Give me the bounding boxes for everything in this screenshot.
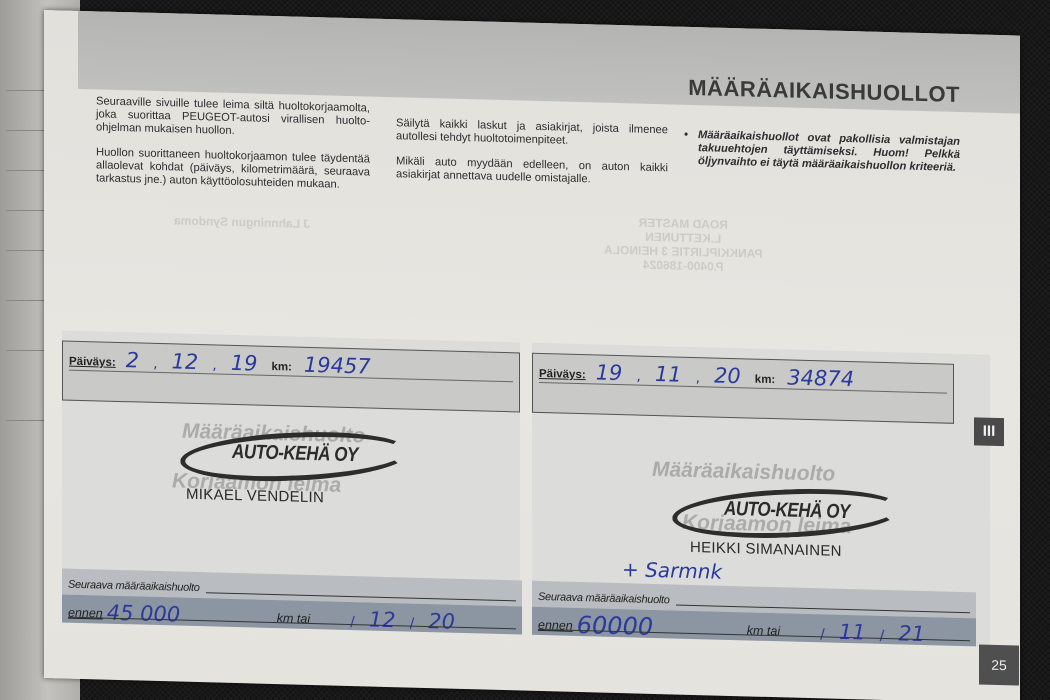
page-title: MÄÄRÄAIKAISHUOLLOT bbox=[688, 75, 960, 108]
date-label: Päiväys: bbox=[69, 356, 116, 371]
workshop-stamp-logo: AUTO-KEHÄ OY bbox=[180, 426, 410, 488]
before-label: ennen bbox=[68, 606, 103, 624]
date-month: 11 bbox=[655, 363, 682, 386]
date-day: 2 bbox=[126, 349, 139, 371]
date-month: 12 bbox=[172, 350, 199, 373]
service-entry-2: Päiväys: 19 , 11 , 20 km: 34874 Määräaik… bbox=[532, 343, 990, 647]
bleed-through-text: ROAD MASTER L.KETTUNEN PANKKIPLIRTIE 3 H… bbox=[604, 215, 762, 275]
date-year: 20 bbox=[714, 365, 741, 388]
workshop-stamp-logo: AUTO-KEHÄ OY bbox=[672, 482, 902, 544]
intro-paragraph: Huollon suorittaneen huoltokorjaamon tul… bbox=[96, 146, 370, 192]
section-tab: III bbox=[974, 417, 1004, 446]
service-entry-1: Päiväys: 2 , 12 , 19 km: 19457 Määräaika… bbox=[62, 330, 520, 634]
date-box: Päiväys: 2 , 12 , 19 km: 19457 bbox=[62, 340, 520, 412]
service-book-page: MÄÄRÄAIKAISHUOLLOT Seuraaville sivuille … bbox=[44, 10, 1020, 700]
date-row: Päiväys: 2 , 12 , 19 km: 19457 bbox=[69, 346, 513, 383]
ghost-line: J Lahnningun Syndoma bbox=[174, 213, 310, 231]
km-or-label: km tai bbox=[277, 611, 310, 629]
page-number: 25 bbox=[979, 644, 1019, 685]
km-label: km: bbox=[755, 374, 775, 389]
intro-paragraph: Säilytä kaikki laskut ja asiakirjat, joi… bbox=[396, 117, 668, 150]
intro-column-2: Säilytä kaikki laskut ja asiakirjat, joi… bbox=[396, 117, 668, 200]
next-service-km: 45 000 bbox=[107, 602, 217, 627]
stamp-technician: MIKAEL VENDELIN bbox=[186, 486, 324, 507]
date-year: 19 bbox=[231, 352, 258, 375]
bullet-icon: • bbox=[684, 129, 688, 142]
km-or-label: km tai bbox=[747, 623, 780, 641]
intro-paragraph: Seuraaville sivuille tulee leima siltä h… bbox=[96, 95, 370, 141]
km-label: km: bbox=[271, 361, 291, 376]
next-service-box: Seuraava määräaikaishuolto ennen 45 000 … bbox=[62, 568, 522, 636]
next-service-month: 11 bbox=[839, 621, 866, 644]
bleed-through-text: J Lahnningun Syndoma bbox=[174, 213, 310, 231]
odometer-value: 19457 bbox=[304, 354, 371, 378]
date-separator: / bbox=[350, 614, 355, 630]
stamp-area: Määräaikaishuolto Korjaamon leima AUTO-K… bbox=[62, 410, 518, 572]
intro-column-3: • Määräaikaishuollot ovat pakollisia val… bbox=[698, 129, 960, 187]
odometer-value: 34874 bbox=[787, 366, 854, 390]
next-service-year: 21 bbox=[898, 622, 925, 645]
date-separator: / bbox=[410, 616, 415, 632]
next-service-month: 12 bbox=[369, 609, 396, 632]
date-separator: , bbox=[212, 357, 216, 373]
intro-column-1: Seuraaville sivuille tulee leima siltä h… bbox=[96, 95, 370, 204]
before-label: ennen bbox=[538, 618, 573, 636]
warning-paragraph: Määräaikaishuollot ovat pakollisia valmi… bbox=[698, 129, 960, 175]
next-service-year: 20 bbox=[428, 610, 455, 633]
date-separator: , bbox=[696, 370, 700, 386]
stamp-technician: HEIKKI SIMANAINEN bbox=[690, 539, 842, 560]
date-separator: , bbox=[636, 369, 640, 385]
date-label: Päiväys: bbox=[539, 368, 586, 383]
date-row: Päiväys: 19 , 11 , 20 km: 34874 bbox=[539, 358, 947, 394]
date-day: 19 bbox=[596, 361, 623, 384]
next-service-box: Seuraava määräaikaishuolto ennen 60000 k… bbox=[532, 581, 976, 649]
date-separator: / bbox=[820, 626, 825, 642]
intro-paragraph: Mikäli auto myydään edelleen, on auton k… bbox=[396, 155, 668, 188]
date-separator: , bbox=[153, 356, 157, 372]
handwritten-note: + Sarmnk bbox=[622, 557, 722, 584]
next-service-km: 60000 bbox=[577, 614, 687, 639]
stamp-area: Määräaikaishuolto Korjaamon leima AUTO-K… bbox=[532, 423, 988, 585]
date-box: Päiväys: 19 , 11 , 20 km: 34874 bbox=[532, 353, 954, 424]
date-separator: / bbox=[880, 628, 885, 644]
